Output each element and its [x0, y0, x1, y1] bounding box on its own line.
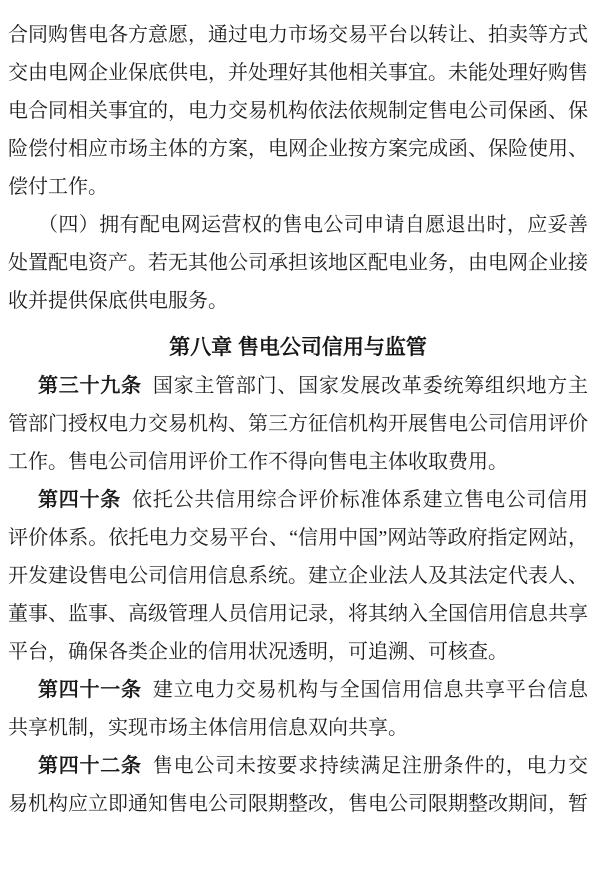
article-39: 第三十九条国家主管部门、国家发展改革委统筹组织地方主管部门授权电力交易机构、第三… — [8, 367, 588, 481]
article-40: 第四十条依托公共信用综合评价标准体系建立售电公司信用评价体系。依托电力交易平台、… — [8, 481, 588, 671]
paragraph-item-four-voluntary-exit: （四）拥有配电网运营权的售电公司申请自愿退出时，应妥善处置配电资产。若无其他公司… — [8, 206, 588, 320]
article-42: 第四十二条售电公司未按要求持续满足注册条件的，电力交易机构应立即通知售电公司限期… — [8, 747, 588, 823]
article-41-number: 第四十一条 — [38, 679, 142, 701]
article-42-number: 第四十二条 — [38, 755, 142, 777]
document-page: 合同购售电各方意愿，通过电力市场交易平台以转让、拍卖等方式交由电网企业保底供电，… — [0, 0, 600, 886]
article-40-number: 第四十条 — [38, 489, 121, 511]
article-41: 第四十一条建立电力交易机构与全国信用信息共享平台信息共享机制，实现市场主体信用信… — [8, 671, 588, 747]
article-39-number: 第三十九条 — [38, 375, 142, 397]
chapter-heading: 第八章 售电公司信用与监管 — [8, 329, 588, 367]
paragraph-contract-handling-continuation: 合同购售电各方意愿，通过电力市场交易平台以转让、拍卖等方式交由电网企业保底供电，… — [8, 16, 588, 206]
article-40-text: 依托公共信用综合评价标准体系建立售电公司信用评价体系。依托电力交易平台、“信用中… — [8, 489, 588, 663]
